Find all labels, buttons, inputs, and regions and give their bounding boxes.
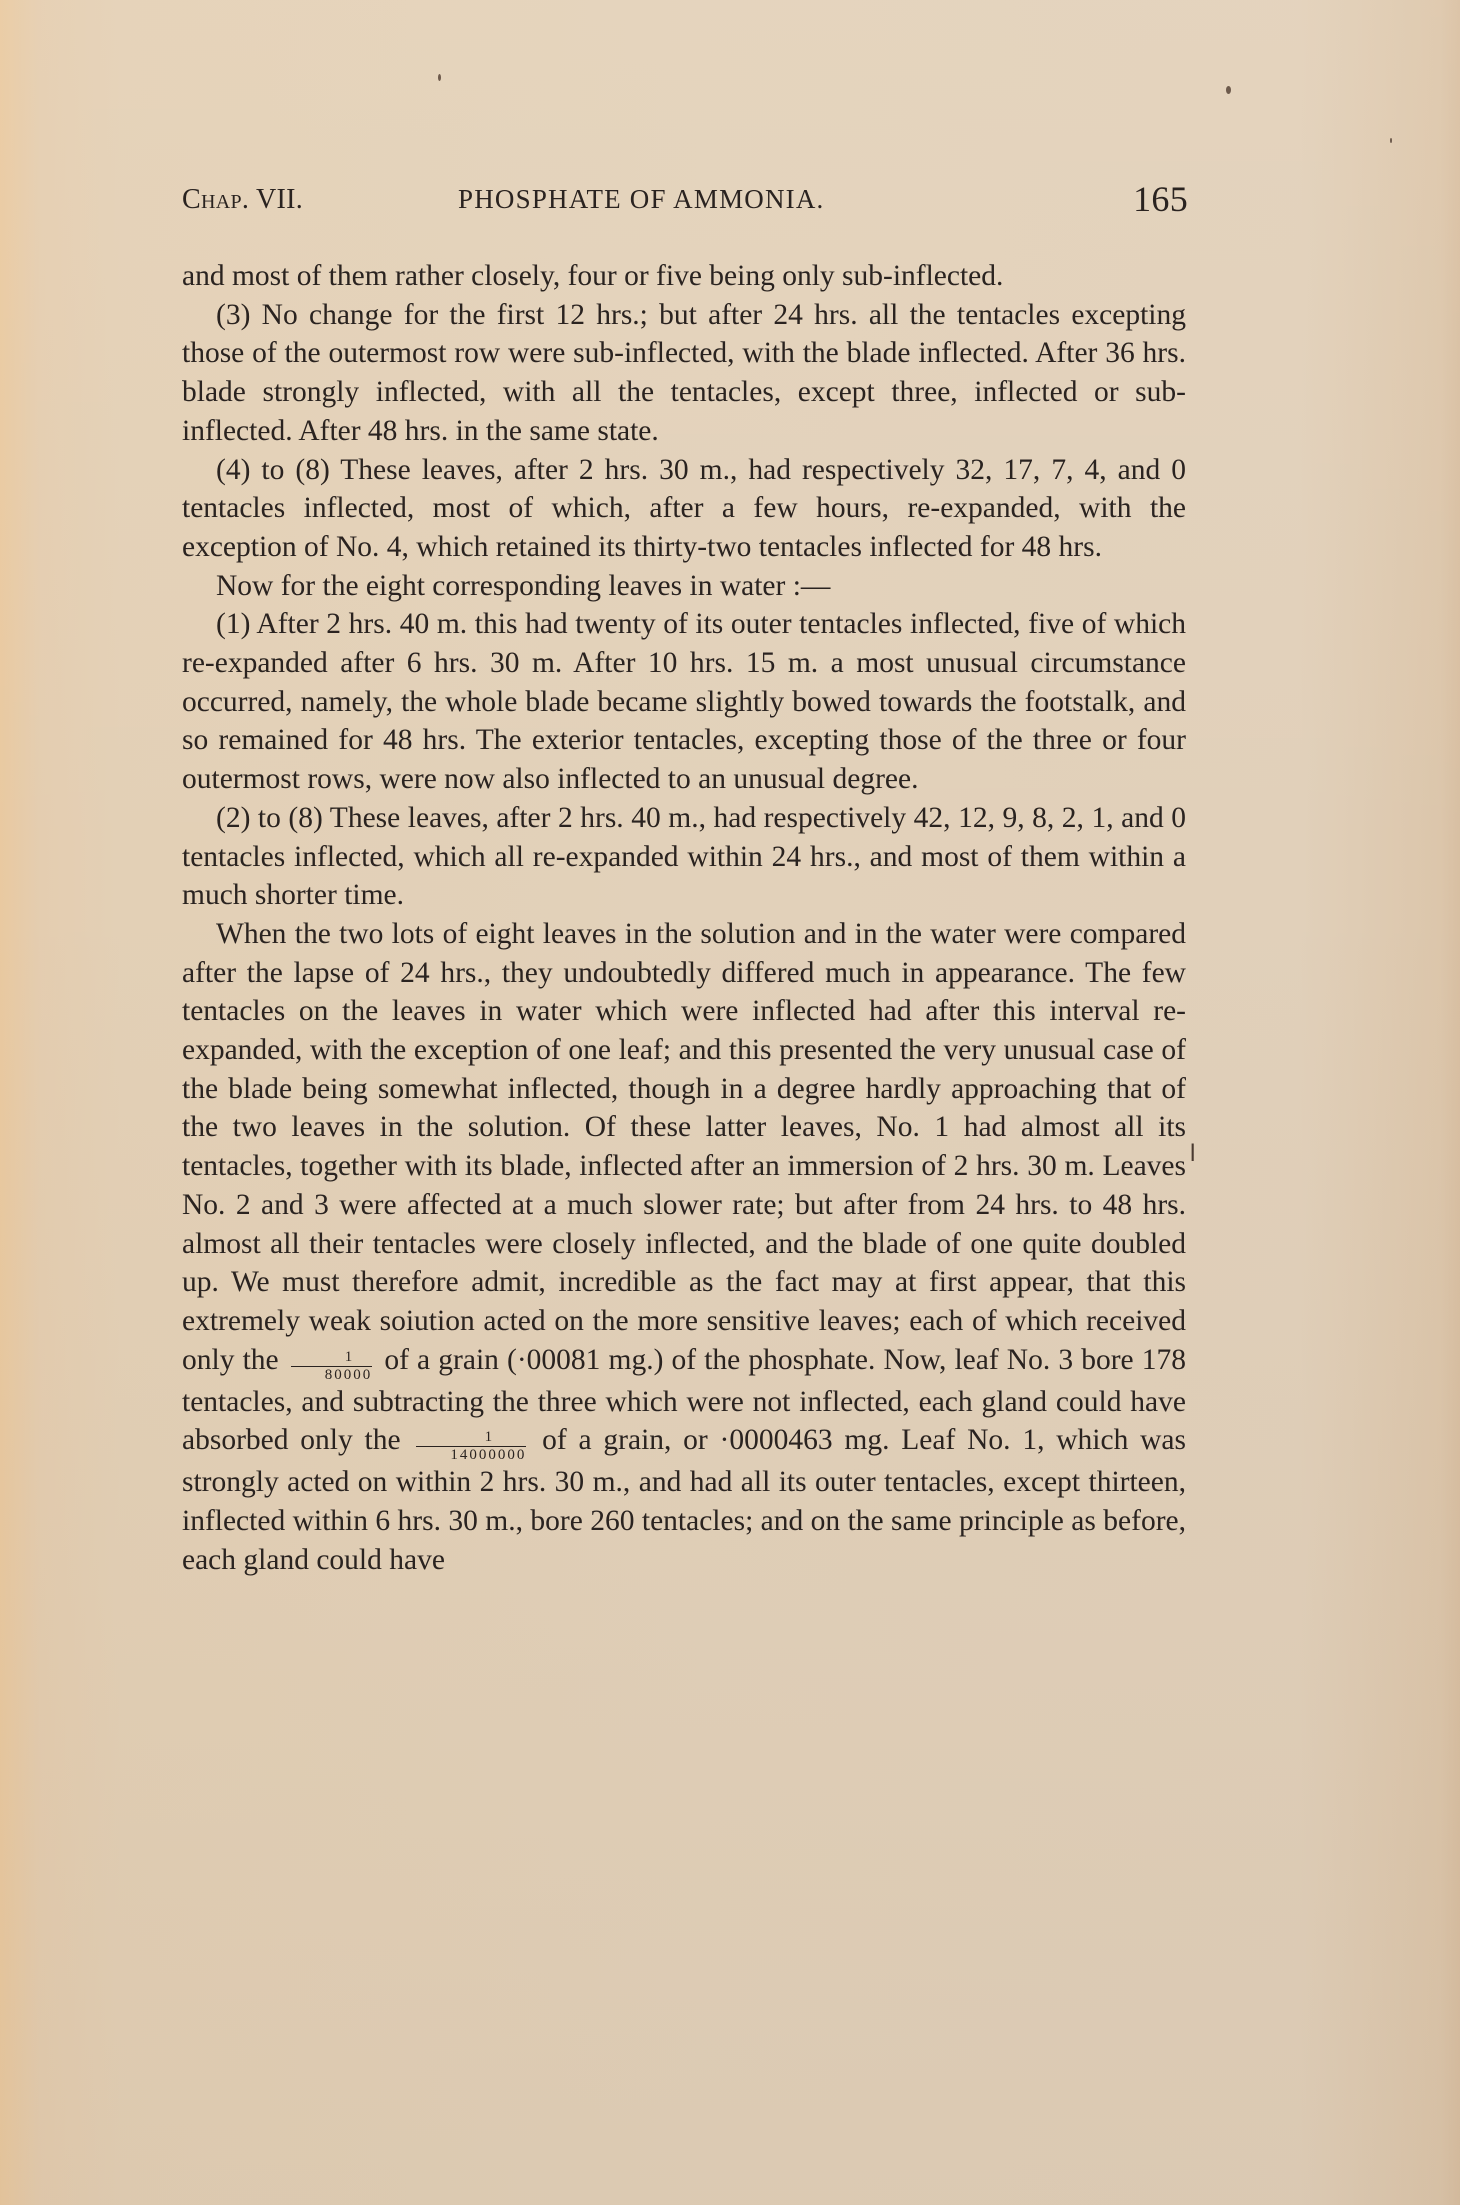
paragraph: and most of them rather closely, four or… <box>182 257 1186 296</box>
paragraph: Now for the eight corresponding leaves i… <box>182 567 1186 606</box>
fraction-numerator: 1 <box>416 1430 526 1447</box>
fraction-numerator: 1 <box>291 1350 373 1367</box>
text-run: When the two lots of eight leaves in the… <box>182 918 1186 1376</box>
paragraph: (4) to (8) These leaves, after 2 hrs. 30… <box>182 451 1186 567</box>
fraction-denominator: 14000000 <box>416 1447 526 1463</box>
paragraph: (2) to (8) These leaves, after 2 hrs. 40… <box>182 799 1186 915</box>
paper-speck <box>438 74 441 81</box>
fraction-denominator: 80000 <box>291 1367 373 1383</box>
paragraph: (3) No change for the first 12 hrs.; but… <box>182 296 1186 451</box>
page-number: 165 <box>1133 178 1188 220</box>
margin-pencil-mark: l <box>1190 1140 1195 1168</box>
paper-speck <box>1226 86 1231 94</box>
paragraph-final: When the two lots of eight leaves in the… <box>182 915 1186 1580</box>
fraction: 114000000 <box>416 1430 526 1463</box>
chapter-label: Chap. VII. <box>182 184 303 216</box>
running-title: PHOSPHATE OF AMMONIA. <box>458 184 825 215</box>
paragraph: (1) After 2 hrs. 40 m. this had twenty o… <box>182 605 1186 799</box>
running-header: Chap. VII. PHOSPHATE OF AMMONIA. 165 <box>182 178 1188 226</box>
paper-speck <box>1390 138 1392 143</box>
body-text: and most of them rather closely, four or… <box>182 257 1186 1580</box>
fraction: 180000 <box>291 1350 373 1383</box>
